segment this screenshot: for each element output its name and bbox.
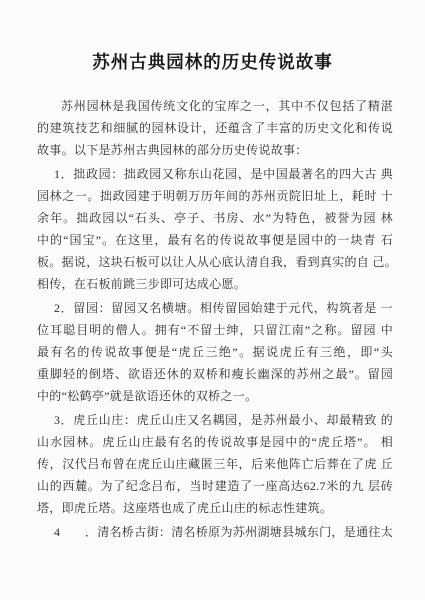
text-line: 山的西麓。为了纪念吕布，当时建造了一座高达62.7米的九 层砖 bbox=[37, 475, 393, 497]
text-line: 塔，即虎丘塔。这座塔也成了虎丘山庄的标志性建筑。 bbox=[37, 497, 393, 519]
paragraph-qingmingqiao: 4 ．清名桥古街：清名桥原为苏州湖塘县城东门，是通往太 bbox=[37, 521, 393, 543]
text-line: 最有名的传说故事便是“虎丘三绝”。据说虎丘有三绝，即“头 bbox=[37, 341, 393, 363]
text-line: 板。据说，这块石板可以让人从心底认清自我，看到真实的自 己。 bbox=[37, 251, 393, 273]
text-line: 重脚轻的倒塔、欲语还休的双桥和瘦长幽深的苏州之最”。留园 bbox=[37, 363, 393, 385]
text-line: 的建筑技艺和细腻的园林设计，还蕴含了丰富的历史文化和传说 bbox=[37, 117, 393, 139]
text-line: 余年。拙政园以“石头、亭子、书房、水”为特色，被誉为园 林 bbox=[37, 207, 393, 229]
text-line: 苏州园林是我国传统文化的宝库之一，其中不仅包括了精湛 bbox=[37, 95, 393, 117]
text-line: 位耳聪目明的僧人。拥有“不留士绅，只留江南”之称。留园 中 bbox=[37, 319, 393, 341]
paragraph-huqiushanzhuang: 3．虎丘山庄：虎丘山庄又名耦园，是苏州最小、却最精致 的 山水园林。虎丘山庄最有… bbox=[37, 409, 393, 519]
paragraph-liuyuan: 2．留园：留园又名横塘。相传留园始建于元代，构筑者是 一 位耳聪目明的僧人。拥有… bbox=[37, 297, 393, 407]
text-line: 4 ．清名桥古街：清名桥原为苏州湖塘县城东门，是通往太 bbox=[37, 521, 393, 543]
text-line: 3．虎丘山庄：虎丘山庄又名耦园，是苏州最小、却最精致 的 bbox=[37, 409, 393, 431]
text-line: 相传，在石板前跳三步即可达成心愿。 bbox=[37, 273, 393, 295]
text-line: 中的“国宝”。在这里，最有名的传说故事便是园中的一块青 石 bbox=[37, 229, 393, 251]
text-line: 传，汉代吕布曾在虎丘山庄藏匿三年，后来他阵亡后葬在了虎 丘 bbox=[37, 453, 393, 475]
text-line: 山水园林。虎丘山庄最有名的传说故事是园中的“虎丘塔”。 相 bbox=[37, 431, 393, 453]
paragraph-intro: 苏州园林是我国传统文化的宝库之一，其中不仅包括了精湛 的建筑技艺和细腻的园林设计… bbox=[37, 95, 393, 161]
document-page: 苏州古典园林的历史传说故事 苏州园林是我国传统文化的宝库之一，其中不仅包括了精湛… bbox=[0, 0, 425, 600]
text-line: 故事。以下是苏州古典园林的部分历史传说故事： bbox=[37, 139, 393, 161]
document-title: 苏州古典园林的历史传说故事 bbox=[0, 0, 425, 75]
text-line: 中的“松鹤亭”就是欲语还休的双桥之一。 bbox=[37, 385, 393, 407]
text-line: 1．拙政园：拙政园又称东山花园，是中国最著名的四大古 典 bbox=[37, 163, 393, 185]
paragraph-zhuozhengyuan: 1．拙政园：拙政园又称东山花园，是中国最著名的四大古 典 园林之一。拙政园建于明… bbox=[37, 163, 393, 295]
text-line: 园林之一。拙政园建于明朝万历年间的苏州贡院旧址上，耗时 十 bbox=[37, 185, 393, 207]
document-body: 苏州园林是我国传统文化的宝库之一，其中不仅包括了精湛 的建筑技艺和细腻的园林设计… bbox=[37, 95, 393, 543]
text-line: 2．留园：留园又名横塘。相传留园始建于元代，构筑者是 一 bbox=[37, 297, 393, 319]
